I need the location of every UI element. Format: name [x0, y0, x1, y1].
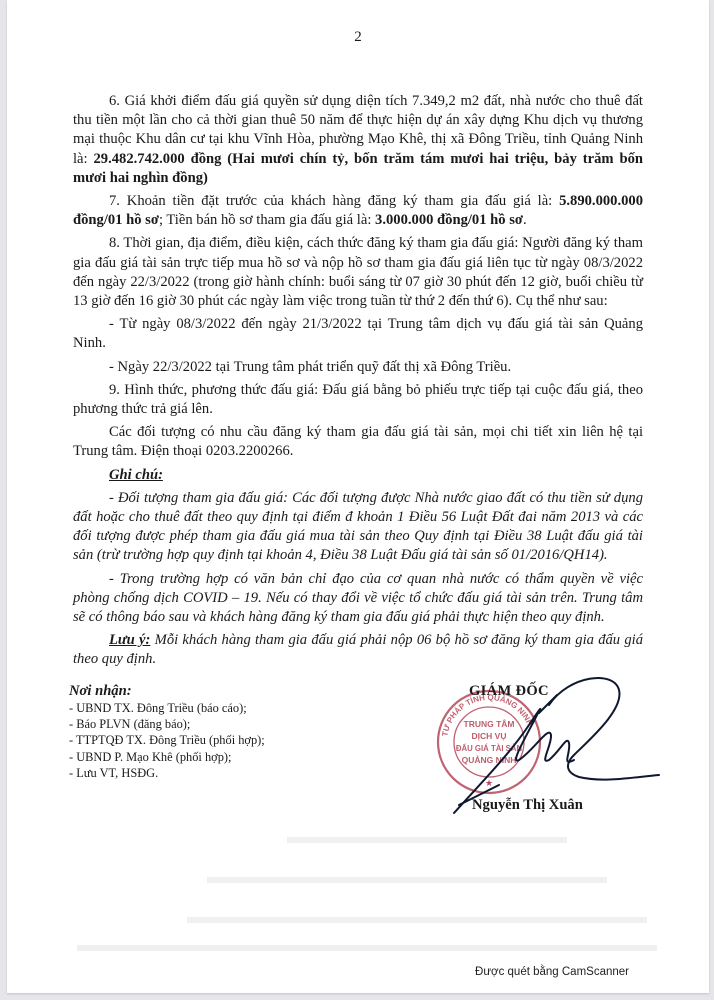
scanned-page: 2 6. Giá khởi điểm đấu giá quyền sử dụng…	[7, 0, 709, 993]
item-7: 7. Khoản tiền đặt trước của khách hàng đ…	[73, 192, 643, 230]
contact-paragraph: Các đối tượng có nhu cầu đăng ký tham gi…	[73, 423, 643, 461]
attention-note: Lưu ý: Mỗi khách hàng tham gia đấu giá p…	[73, 631, 643, 669]
attention-label: Lưu ý:	[109, 632, 150, 648]
item-7-end: .	[523, 212, 527, 228]
note-item-2: - Trong trường hợp có văn bản chỉ đạo củ…	[73, 570, 643, 628]
signature-block: TƯ PHÁP TỈNH QUẢNG NINH TRUNG TÂM DỊCH V…	[439, 665, 659, 825]
item-8-location-2: - Ngày 22/3/2022 tại Trung tâm phát triể…	[73, 358, 643, 377]
signatory-name: Nguyễn Thị Xuân	[472, 797, 583, 814]
item-7-mid: ; Tiền bán hồ sơ tham gia đấu giá là:	[159, 212, 375, 228]
attention-text: Mỗi khách hàng tham gia đấu giá phải nộp…	[73, 632, 643, 667]
item-8: 8. Thời gian, địa điểm, điều kiện, cách …	[73, 234, 643, 311]
item-8-location-1: - Từ ngày 08/3/2022 đến ngày 21/3/2022 t…	[73, 315, 643, 353]
recipient-item: - TTPTQĐ TX. Đông Triều (phối hợp);	[69, 732, 369, 748]
recipient-item: - Báo PLVN (đăng báo);	[69, 716, 369, 732]
item-6: 6. Giá khởi điểm đấu giá quyền sử dụng d…	[73, 92, 643, 188]
scan-bleed-through	[7, 820, 709, 960]
starting-price: 29.482.742.000 đồng (Hai mươi chín tỷ, b…	[73, 151, 643, 186]
dossier-fee: 3.000.000 đồng/01 hồ sơ	[375, 212, 523, 228]
recipients-block: Nơi nhận: - UBND TX. Đông Triều (báo cáo…	[69, 682, 369, 781]
recipients-title: Nơi nhận:	[69, 682, 369, 700]
notes-heading-text: Ghi chú:	[109, 467, 163, 483]
item-9: 9. Hình thức, phương thức đấu giá: Đấu g…	[73, 381, 643, 419]
note-item-1: - Đối tượng tham gia đấu giá: Các đối tư…	[73, 489, 643, 566]
recipient-item: - Lưu VT, HSĐG.	[69, 765, 369, 781]
notes-heading: Ghi chú:	[73, 466, 643, 485]
page-number: 2	[7, 29, 709, 46]
recipient-item: - UBND TX. Đông Triều (báo cáo);	[69, 700, 369, 716]
camscanner-watermark: Được quét bằng CamScanner	[475, 966, 629, 978]
item-7-text: 7. Khoản tiền đặt trước của khách hàng đ…	[109, 193, 559, 209]
document-body: 6. Giá khởi điểm đấu giá quyền sử dụng d…	[73, 92, 643, 674]
recipient-item: - UBND P. Mạo Khê (phối hợp);	[69, 749, 369, 765]
